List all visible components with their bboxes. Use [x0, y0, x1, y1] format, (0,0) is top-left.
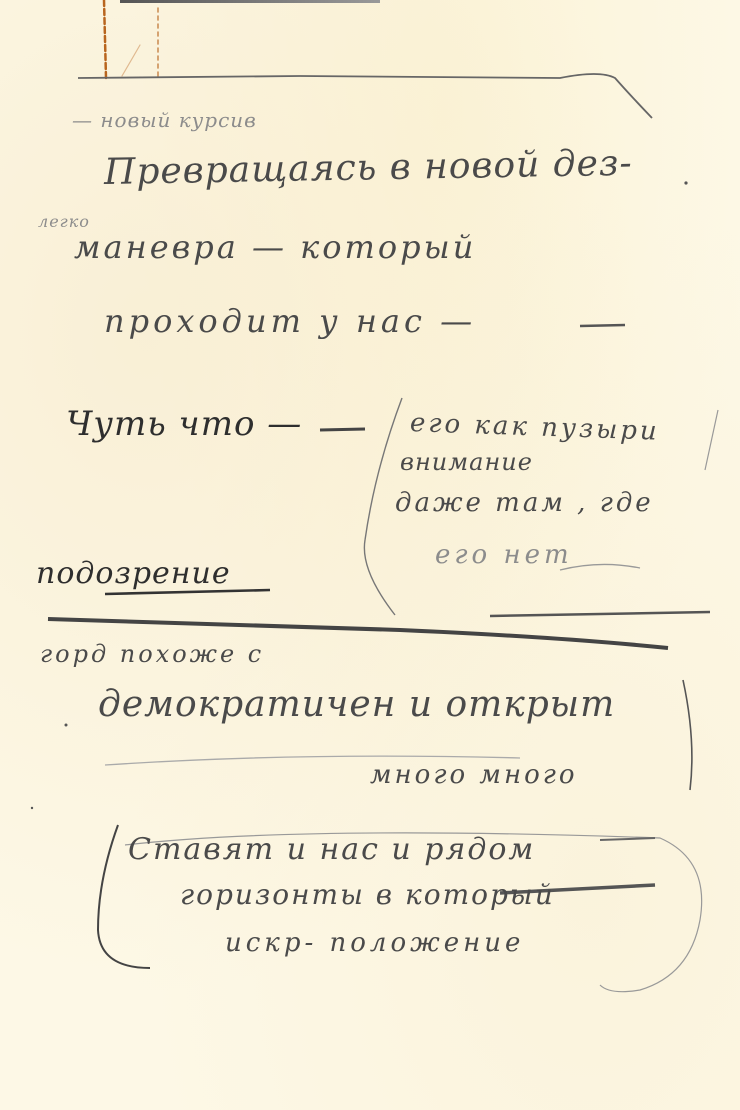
- line-iskr-polozhenie: искр- положение: [225, 928, 524, 958]
- line-chut-chto: Чуть что —: [66, 404, 302, 444]
- struck-word: который: [405, 878, 555, 911]
- rust-stain-marks: [104, 0, 158, 78]
- line-gorizonty: горизонты в который: [180, 878, 555, 911]
- line-gord-pokhozhe: горд похоже с: [40, 640, 264, 668]
- line-prokhodit: проходит у нас —: [104, 302, 476, 340]
- note-vnimanie: внимание: [400, 448, 533, 476]
- line-mnogo-mnogo: много много: [370, 760, 578, 790]
- line-gorizonty-text: горизонты в: [180, 878, 394, 911]
- header-note: — новый курсив: [72, 108, 257, 132]
- heading-podozrenie: подозрение: [36, 556, 231, 591]
- line-stavyat: Ставят и нас и рядом: [128, 832, 535, 867]
- line-demokratichen: демократичен и открыт: [98, 684, 615, 725]
- note-ego-net: его нет: [435, 540, 573, 570]
- note-dazhe-tam: даже там , где: [395, 488, 654, 518]
- line-manevra: маневра — который: [74, 228, 476, 266]
